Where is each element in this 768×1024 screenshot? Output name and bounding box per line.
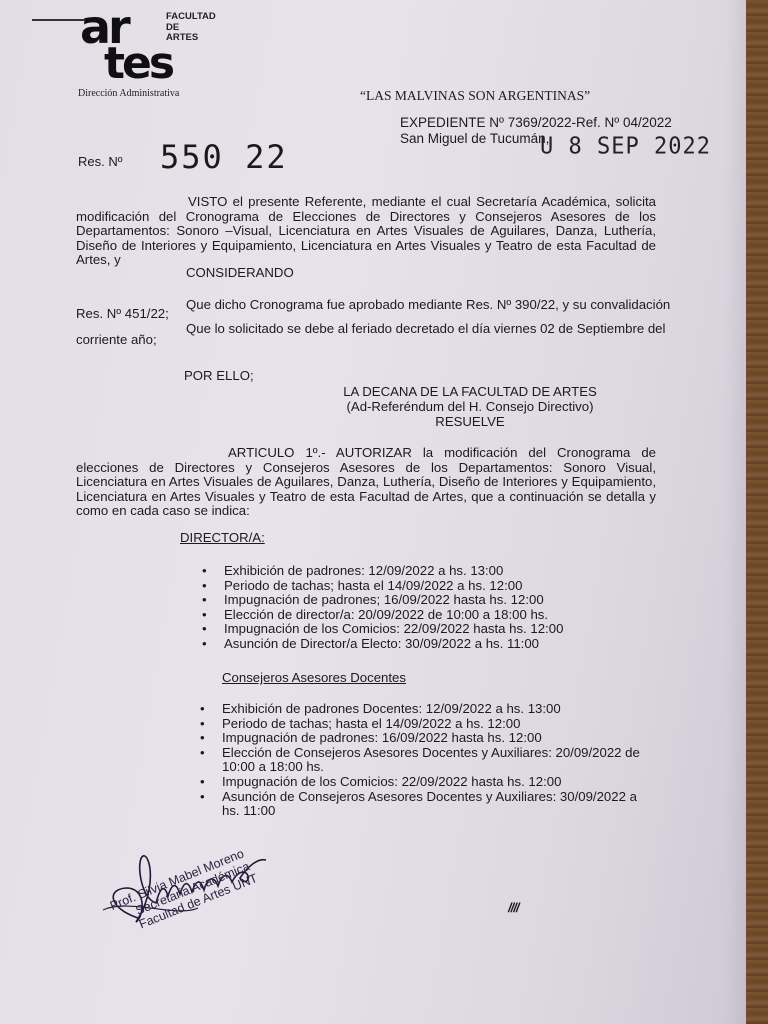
- date-stamp: U 8 SEP 2022: [540, 133, 711, 159]
- considerando-2: Que lo solicitado se debe al feriado dec…: [186, 322, 665, 337]
- department-name: Dirección Administrativa: [78, 88, 179, 99]
- page-edge-shadow: [725, 0, 746, 1024]
- logo-line: [32, 19, 84, 21]
- articulo-1-paragraph: ARTICULO 1º.- AUTORIZAR la modificación …: [76, 446, 656, 519]
- city-line: San Miguel de Tucumán,: [400, 131, 549, 146]
- schedule-item: Periodo de tachas; hasta el 14/09/2022 a…: [202, 579, 582, 594]
- articulo-1-text: ARTICULO 1º.- AUTORIZAR la modificación …: [76, 445, 656, 518]
- schedule-item: Impugnación de padrones; 16/09/2022 hast…: [202, 593, 582, 608]
- schedule-item: Impugnación de padrones: 16/09/2022 hast…: [200, 731, 650, 746]
- faculty-name: FACULTAD DE ARTES: [166, 12, 216, 44]
- schedule-item: Impugnación de los Comicios: 22/09/2022 …: [202, 622, 582, 637]
- closing-marks: ////: [508, 900, 518, 915]
- schedule-item: Elección de director/a: 20/09/2022 de 10…: [202, 608, 582, 623]
- resolution-number: 550 22: [160, 138, 288, 176]
- faculty-line: FACULTAD: [166, 12, 216, 23]
- considerando-1-cont: Res. Nº 451/22;: [76, 307, 169, 322]
- authority-subtitle: (Ad-Referéndum del H. Consejo Directivo): [330, 400, 610, 415]
- visto-text: VISTO el presente Referente, mediante el…: [76, 194, 656, 267]
- expediente-number: EXPEDIENTE Nº 7369/2022-Ref. Nº 04/2022: [400, 115, 672, 130]
- considerando-1: Que dicho Cronograma fue aprobado median…: [186, 298, 670, 313]
- schedule-item: Asunción de Director/a Electo: 30/09/202…: [202, 637, 582, 652]
- resolution-label: Res. Nº: [78, 154, 122, 169]
- director-schedule-list: Exhibición de padrones: 12/09/2022 a hs.…: [202, 564, 582, 652]
- schedule-item: Asunción de Consejeros Asesores Docentes…: [200, 790, 650, 819]
- schedule-item: Impugnación de los Comicios: 22/09/2022 …: [200, 775, 650, 790]
- consejeros-schedule-list: Exhibición de padrones Docentes: 12/09/2…: [200, 702, 650, 819]
- considerando-2-cont: corriente año;: [76, 333, 157, 348]
- motto: “LAS MALVINAS SON ARGENTINAS”: [360, 88, 590, 104]
- schedule-item: Periodo de tachas; hasta el 14/09/2022 a…: [200, 717, 650, 732]
- schedule-item: Exhibición de padrones: 12/09/2022 a hs.…: [202, 564, 582, 579]
- logo-tes: tes: [104, 42, 172, 86]
- director-section-title: DIRECTOR/A:: [180, 531, 265, 546]
- visto-paragraph: VISTO el presente Referente, mediante el…: [76, 195, 656, 268]
- consejeros-section-title: Consejeros Asesores Docentes: [222, 671, 406, 686]
- schedule-item: Elección de Consejeros Asesores Docentes…: [200, 746, 650, 775]
- document-page: ar tes FACULTAD DE ARTES Dirección Admin…: [0, 0, 746, 1024]
- faculty-line: ARTES: [166, 33, 216, 44]
- resuelve-heading: RESUELVE: [330, 415, 610, 430]
- por-ello: POR ELLO;: [184, 369, 254, 384]
- authority-title: LA DECANA DE LA FACULTAD DE ARTES: [330, 385, 610, 400]
- schedule-item: Exhibición de padrones Docentes: 12/09/2…: [200, 702, 650, 717]
- considerando-heading: CONSIDERANDO: [186, 266, 294, 281]
